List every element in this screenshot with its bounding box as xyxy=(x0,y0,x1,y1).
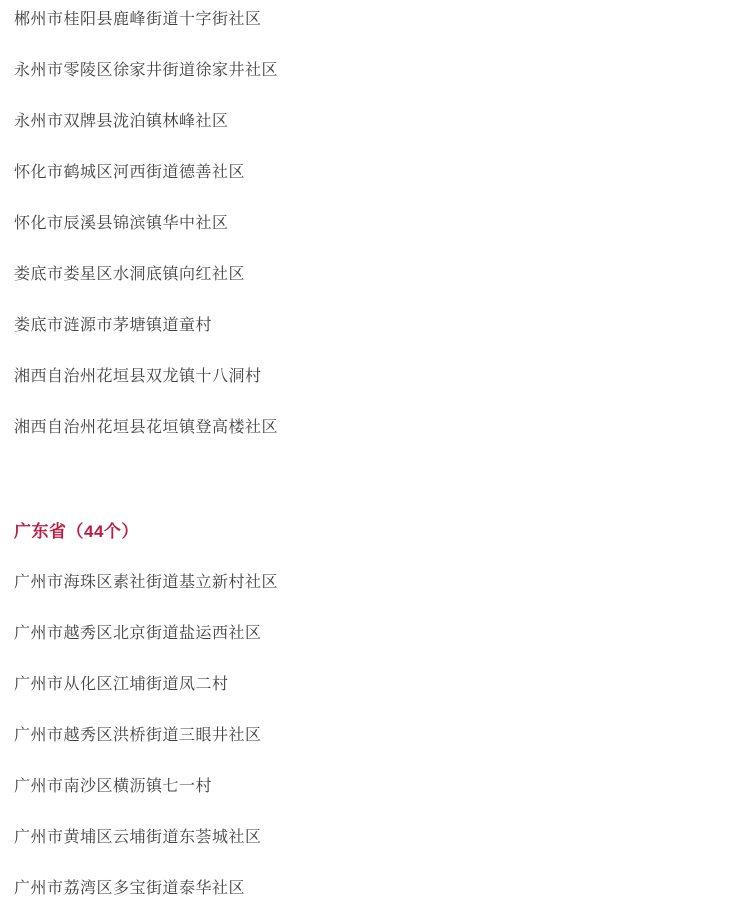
list-item: 怀化市辰溪县锦滨镇华中社区 xyxy=(14,212,710,235)
list-item: 怀化市鹤城区河西街道德善社区 xyxy=(14,161,710,184)
community-list-page: 郴州市桂阳县鹿峰街道十字街社区 永州市零陵区徐家井街道徐家井社区 永州市双牌县泷… xyxy=(0,0,730,909)
list-item: 广州市荔湾区多宝街道泰华社区 xyxy=(14,877,710,900)
list-item: 娄底市娄星区水洞底镇向红社区 xyxy=(14,263,710,286)
list-item: 广州市南沙区横沥镇七一村 xyxy=(14,775,710,798)
list-item: 湘西自治州花垣县双龙镇十八洞村 xyxy=(14,365,710,388)
list-item: 广州市越秀区北京街道盐运西社区 xyxy=(14,622,710,645)
list-item: 广州市从化区江埔街道凤二村 xyxy=(14,673,710,696)
section-heading-guangdong: 广东省（44个） xyxy=(14,520,710,543)
list-item: 广州市越秀区洪桥街道三眼井社区 xyxy=(14,724,710,747)
list-item: 湘西自治州花垣县花垣镇登高楼社区 xyxy=(14,416,710,439)
list-item: 广州市海珠区素社街道基立新村社区 xyxy=(14,571,710,594)
list-item: 广州市黄埔区云埔街道东荟城社区 xyxy=(14,826,710,849)
list-item: 永州市零陵区徐家井街道徐家井社区 xyxy=(14,59,710,82)
list-item: 永州市双牌县泷泊镇林峰社区 xyxy=(14,110,710,133)
list-item: 娄底市涟源市茅塘镇道童村 xyxy=(14,314,710,337)
list-item: 郴州市桂阳县鹿峰街道十字街社区 xyxy=(14,8,710,31)
